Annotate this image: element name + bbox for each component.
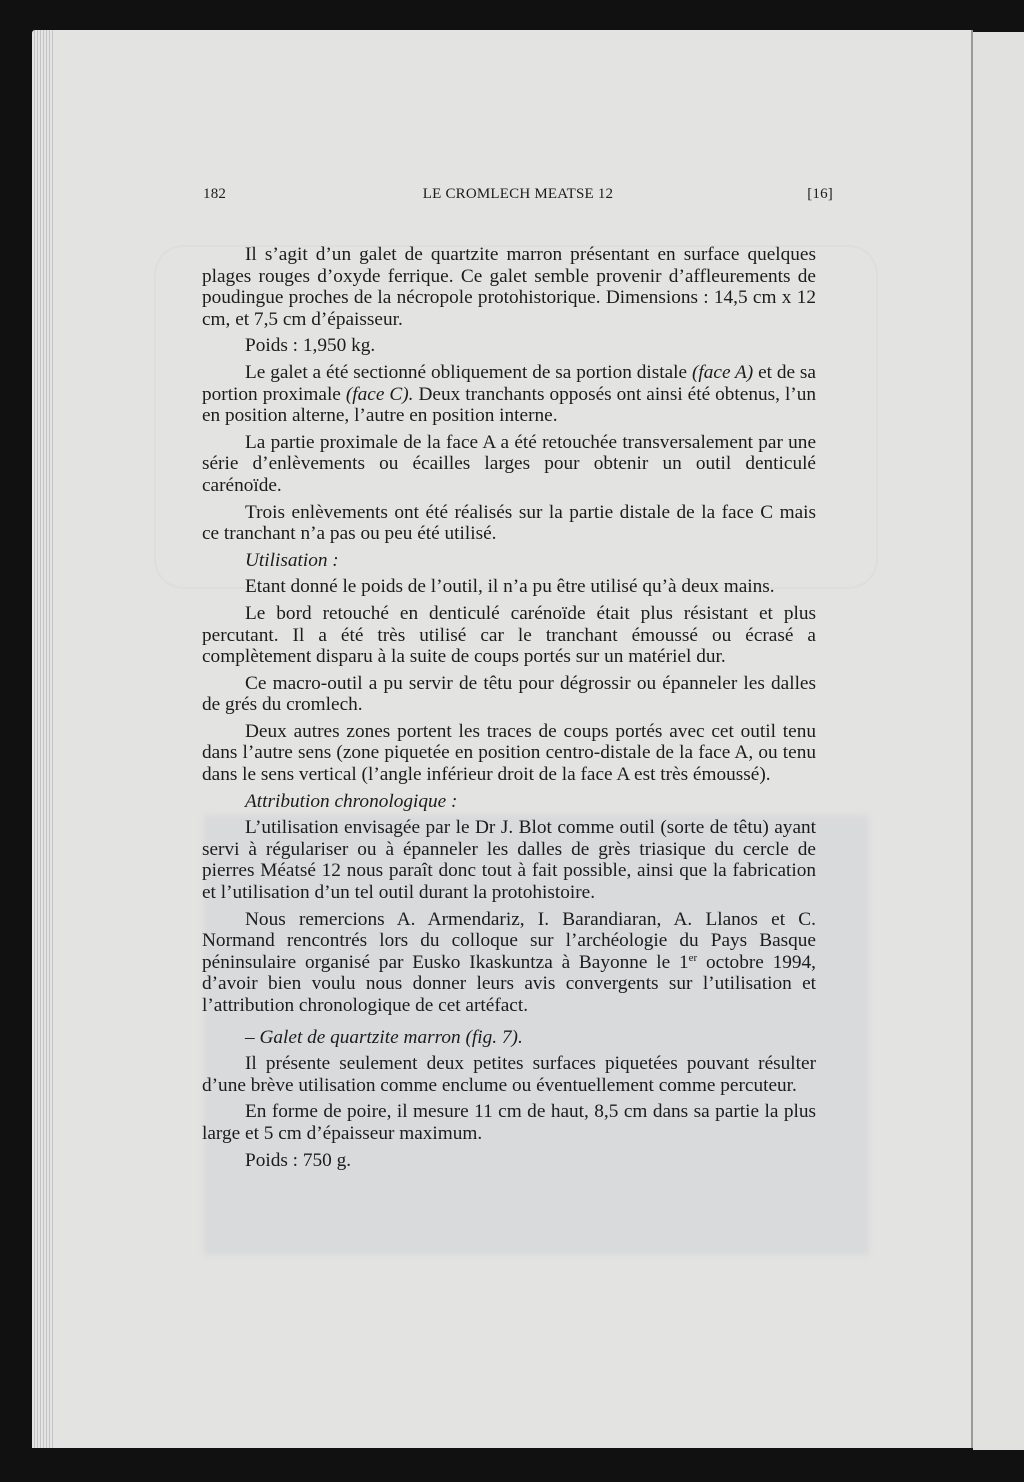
text-span: Le galet a été sectionné obliquement de … (245, 362, 692, 383)
italic-span: (face A) (692, 362, 753, 383)
paragraph: Etant donné le poids de l’outil, il n’a … (202, 576, 816, 598)
superscript: er (689, 952, 698, 964)
paragraph: L’utilisation envisagée par le Dr J. Blo… (202, 817, 816, 903)
section-marker: [16] (807, 186, 833, 203)
paragraph: Trois enlèvements ont été réalisés sur l… (202, 502, 816, 545)
paragraph: Deux autres zones portent les traces de … (202, 721, 816, 786)
facing-page-edge (973, 32, 1024, 1450)
italic-span: (face C). (346, 384, 414, 405)
running-title: LE CROMLECH MEATSE 12 (203, 186, 833, 203)
paragraph: En forme de poire, il mesure 11 cm de ha… (202, 1101, 816, 1144)
subsection-heading: – Galet de quartzite marron (fig. 7). (202, 1027, 816, 1049)
paragraph: Le bord retouché en denticulé carénoïde … (202, 603, 816, 668)
paragraph: La partie proximale de la face A a été r… (202, 432, 816, 497)
acknowledgements-paragraph: Nous remercions A. Armendariz, I. Barand… (202, 909, 816, 1017)
running-header: 182 LE CROMLECH MEATSE 12 [16] (203, 186, 833, 208)
page-stack-edges (32, 30, 56, 1448)
body-text: Il s’agit d’un galet de quartzite marron… (202, 244, 816, 1176)
paragraph: Le galet a été sectionné obliquement de … (202, 362, 816, 427)
paragraph: Il s’agit d’un galet de quartzite marron… (202, 244, 816, 330)
weight-line: Poids : 750 g. (202, 1150, 816, 1172)
weight-line: Poids : 1,950 kg. (202, 335, 816, 357)
subheading-utilisation: Utilisation : (202, 550, 816, 572)
paragraph: Ce macro-outil a pu servir de têtu pour … (202, 673, 816, 716)
subheading-attribution: Attribution chronologique : (202, 791, 816, 813)
paragraph: Il présente seulement deux petites surfa… (202, 1053, 816, 1096)
